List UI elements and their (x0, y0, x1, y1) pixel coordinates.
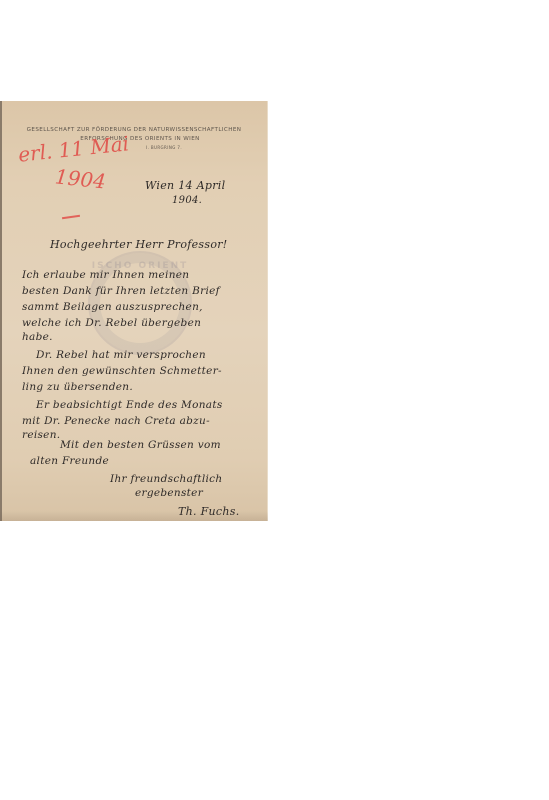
letter-line: Ich erlaube mir Ihnen meinen (22, 269, 189, 281)
letter-line: Mit den besten Grüssen vom (60, 439, 221, 451)
letter-line: Ihnen den gewünschten Schmetter- (22, 365, 222, 377)
letter-line: Ihr freundschaftlich (110, 473, 222, 485)
signature: Th. Fuchs. (178, 505, 240, 518)
letter-line: alten Freunde (30, 455, 109, 467)
place-and-date: Wien 14 April (145, 179, 225, 192)
letter-line: sammt Beilagen auszusprechen, (22, 301, 203, 313)
letter-line: mit Dr. Penecke nach Creta abzu- (22, 415, 210, 427)
red-underline-mark (62, 215, 80, 219)
letter-line: habe. (22, 331, 53, 343)
letter-line: reisen. (22, 429, 60, 441)
letter-line: besten Dank für Ihren letzten Brief (22, 285, 220, 297)
red-annotation-year: 1904 (54, 164, 107, 193)
letter-line: welche ich Dr. Rebel übergeben (22, 317, 201, 329)
letter-line: Er beabsichtigt Ende des Monats (36, 399, 223, 411)
letter-line: Dr. Rebel hat mir versprochen (36, 349, 206, 361)
letter-line: ling zu übersenden. (22, 381, 133, 393)
letter-page: ISCHO ORIENT GESELLSCHAFT ZUR FÖRDERUNG … (0, 101, 268, 521)
letter-line: ergebenster (135, 487, 203, 499)
salutation: Hochgeehrter Herr Professor! (50, 238, 228, 251)
date-year: 1904. (172, 195, 202, 206)
letterhead-line-1: GESELLSCHAFT ZUR FÖRDERUNG DER NATURWISS… (0, 127, 268, 133)
